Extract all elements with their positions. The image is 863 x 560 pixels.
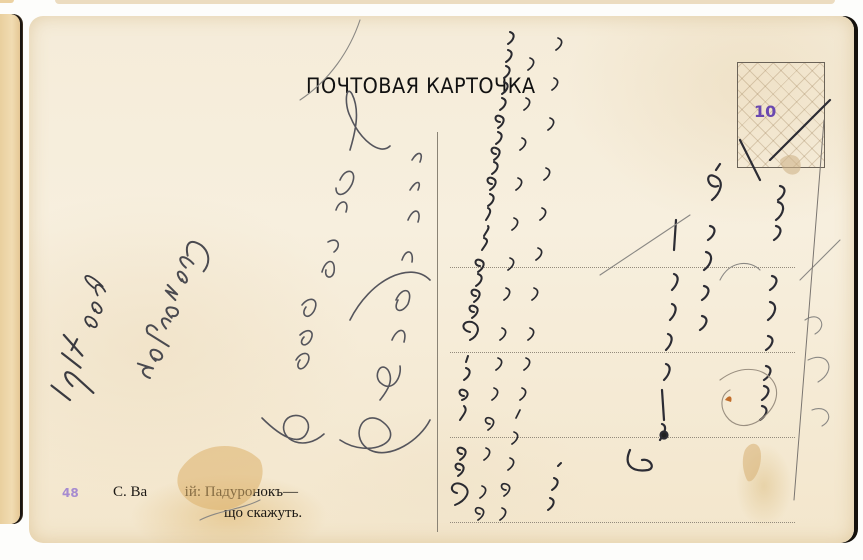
neighbor-card-top-edge	[55, 0, 835, 4]
stamp-number: 10	[754, 102, 776, 121]
address-line	[450, 267, 795, 268]
caption-line-2: що скажуть.	[224, 505, 302, 522]
stamp-box	[737, 62, 825, 168]
inventory-number: 48	[62, 486, 79, 500]
address-line	[450, 352, 795, 353]
neighbor-card-left-edge	[0, 14, 20, 524]
address-line	[450, 437, 795, 438]
address-line	[450, 522, 795, 523]
caption-line-1: С. Ва ій: Падуронокъ—	[113, 484, 298, 501]
postcard-heading: ПОЧТОВАЯ КАРТОЧКА	[306, 74, 536, 98]
message-address-divider	[437, 132, 438, 532]
neighbor-card-corner	[0, 0, 14, 3]
